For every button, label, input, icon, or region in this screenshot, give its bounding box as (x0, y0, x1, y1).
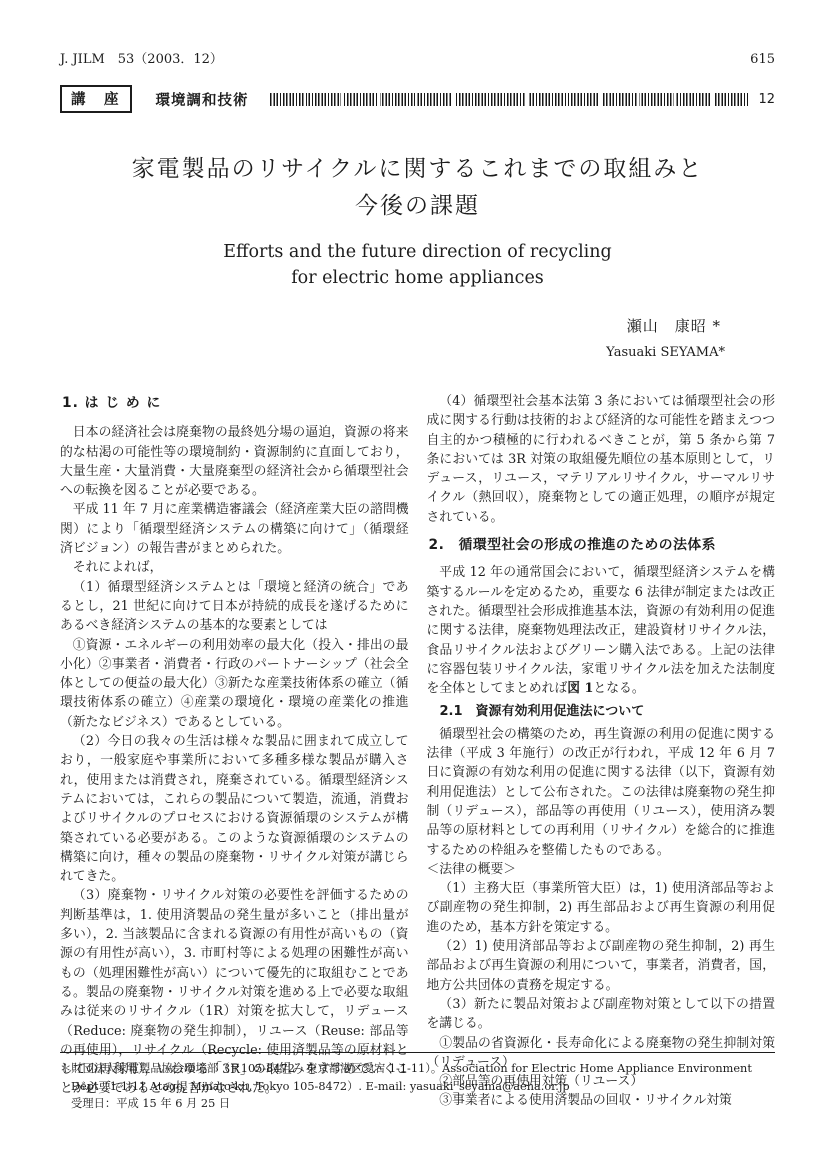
section-2-heading: 2. 循環型社会の形成の推進のための法体系 (429, 536, 776, 555)
running-head: J. JILM 53（2003．12） 615 (60, 48, 775, 67)
author-affiliation-note: ＊財団法人家電製品協会環境部（〒105-8472 東京都港区愛宕 1-1-11）… (60, 1060, 775, 1095)
paragraph: 平成 11 年 7 月に産業構造審議会（経済産業大臣の諮問機関）により「循環型経… (60, 500, 409, 558)
series-title: 環境調和技術 (156, 89, 249, 110)
title-en-line2: for electric home appliances (60, 265, 775, 291)
body-columns: 1. は じ め に 日本の経済社会は廃棄物の最終処分場の逼迫，資源の将来的な枯… (60, 392, 775, 1111)
right-column: （4）循環型社会基本法第 3 条においては循環型社会の形成に関する行動は技術的お… (427, 392, 776, 1111)
article-title-english: Efforts and the future direction of recy… (60, 239, 775, 292)
title-block: 家電製品のリサイクルに関するこれまでの取組みと 今後の課題 Efforts an… (60, 151, 775, 360)
article-title-japanese: 家電製品のリサイクルに関するこれまでの取組みと 今後の課題 (60, 151, 775, 226)
paragraph: （4）循環型社会基本法第 3 条においては循環型社会の形成に関する行動は技術的お… (427, 392, 776, 527)
received-date: 受理日：平成 15 年 6 月 25 日 (60, 1095, 775, 1113)
paragraph: （1）循環型経済システムとは「環境と経済の統合」であるとし，21 世紀に向けて日… (60, 578, 409, 636)
law-outline-label: ＜法律の概要＞ (427, 860, 776, 879)
section-1-heading: 1. は じ め に (62, 394, 409, 413)
paragraph: それによれば， (60, 558, 409, 577)
stripes-divider-bar (267, 93, 751, 106)
series-banner: 講 座 環境調和技術 12 (60, 85, 775, 113)
title-ja-line2: 今後の課題 (60, 188, 775, 225)
paragraph: 循環型社会の構築のため，再生資源の利用の促進に関する法律（平成 3 年施行）の改… (427, 725, 776, 860)
outline-item: （1）主務大臣（事業所管大臣）は，1) 使用済部品等および副産物の発生抑制，2)… (427, 879, 776, 937)
paragraph: （2）今日の我々の生活は様々な製品に囲まれて成立しており，一般家庭や事業所におい… (60, 732, 409, 886)
author-name-english: Yasuaki SEYAMA* (60, 345, 775, 360)
paragraph: 平成 12 年の通常国会において，循環型経済システムを構築するルールを定めるため… (427, 563, 776, 698)
paragraph: 日本の経済社会は廃棄物の最終処分場の逼迫，資源の将来的な枯渇の可能性等の環境制約… (60, 423, 409, 500)
paragraph-text: となる。 (593, 681, 644, 696)
paragraph: ①資源・エネルギーの利用効率の最大化（投入・排出の最小化）②事業者・消費者・行政… (60, 636, 409, 732)
journal-page: J. JILM 53（2003．12） 615 講 座 環境調和技術 12 家電… (0, 0, 827, 1170)
title-en-line1: Efforts and the future direction of recy… (60, 239, 775, 265)
figure-1-reference: 図 1 (567, 681, 593, 696)
page-number: 615 (750, 52, 775, 67)
series-number: 12 (758, 92, 775, 107)
title-ja-line1: 家電製品のリサイクルに関するこれまでの取組みと (60, 151, 775, 188)
outline-item: （2）1) 使用済部品等および副産物の発生抑制，2) 再生部品および再生資源の利… (427, 937, 776, 995)
author-name-japanese: 瀬山 康昭 * (60, 315, 775, 336)
section-2-1-heading: 2.1 資源有効利用促進法について (427, 702, 776, 721)
outline-item: （3）新たに製品対策および副産物対策として以下の措置を講じる。 (427, 995, 776, 1034)
journal-reference: J. JILM 53（2003．12） (60, 48, 223, 67)
footnote: ＊財団法人家電製品協会環境部（〒105-8472 東京都港区愛宕 1-1-11）… (60, 1052, 775, 1113)
series-box-label: 講 座 (60, 85, 132, 113)
paragraph-text: 平成 12 年の通常国会において，循環型経済システムを構築するルールを定めるため… (427, 565, 776, 696)
left-column: 1. は じ め に 日本の経済社会は廃棄物の最終処分場の逼迫，資源の将来的な枯… (60, 392, 409, 1111)
